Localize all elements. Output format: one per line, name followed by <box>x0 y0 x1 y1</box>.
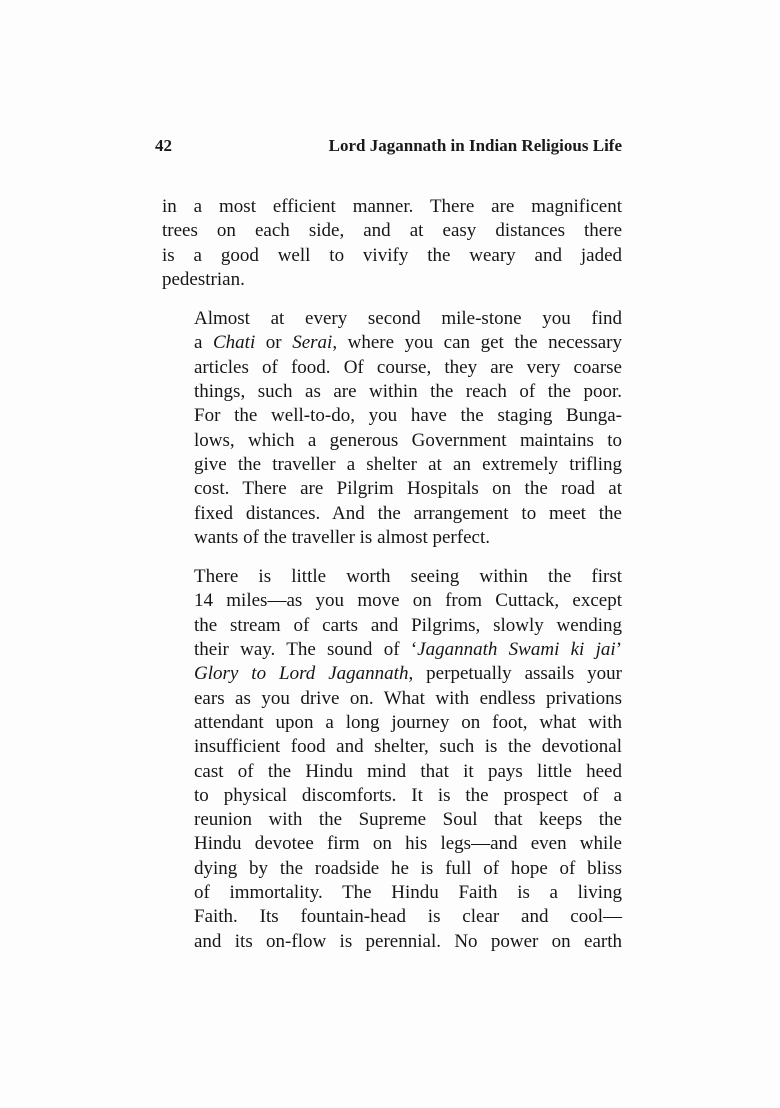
text-line: reunion with the Supreme Soul that keeps… <box>162 808 622 832</box>
text-line: of immortality. The Hindu Faith is a liv… <box>162 881 622 905</box>
text-line: fixed distances. And the arrangement to … <box>162 502 622 526</box>
text-line: cost. There are Pilgrim Hospitals on the… <box>162 477 622 501</box>
italic-term: Jagannath Swami ki jai <box>417 639 616 660</box>
paragraph: Almost at every second mile-stone you fi… <box>162 307 622 550</box>
page-header: 42 Lord Jagannath in Indian Religious Li… <box>155 136 622 160</box>
paragraph: in a most efficient manner. There are ma… <box>162 195 622 292</box>
text-line: Glory to Lord Jagannath, perpetually ass… <box>162 662 622 686</box>
text-line: in a most efficient manner. There are ma… <box>162 195 622 219</box>
text-line: attendant upon a long journey on foot, w… <box>162 711 622 735</box>
text-line: their way. The sound of ‘Jagannath Swami… <box>162 638 622 662</box>
text-line: the stream of carts and Pilgrims, slowly… <box>162 614 622 638</box>
text-line: insufficient food and shelter, such is t… <box>162 735 622 759</box>
text-line: For the well-to-do, you have the staging… <box>162 404 622 428</box>
italic-term: Glory to Lord Jagannath <box>194 663 408 684</box>
text-line: to physical discomforts. It is the prosp… <box>162 784 622 808</box>
text-line: pedestrian. <box>162 268 622 292</box>
text-line: things, such as are within the reach of … <box>162 380 622 404</box>
text-line: dying by the roadside he is full of hope… <box>162 857 622 881</box>
text-line: give the traveller a shelter at an extre… <box>162 453 622 477</box>
text-line: and its on-flow is perennial. No power o… <box>162 930 622 954</box>
paragraph: There is little worth seeing within the … <box>162 565 622 954</box>
text-line: articles of food. Of course, they are ve… <box>162 356 622 380</box>
text-line: a Chati or Serai, where you can get the … <box>162 331 622 355</box>
text-line: is a good well to vivify the weary and j… <box>162 244 622 268</box>
text-line: ears as you drive on. What with endless … <box>162 687 622 711</box>
text-line: trees on each side, and at easy distance… <box>162 219 622 243</box>
italic-term: Chati <box>213 332 255 353</box>
text-line: There is little worth seeing within the … <box>162 565 622 589</box>
text-line: Almost at every second mile-stone you fi… <box>162 307 622 331</box>
text-line: lows, which a generous Government mainta… <box>162 429 622 453</box>
book-page: 42 Lord Jagannath in Indian Religious Li… <box>0 0 780 1108</box>
page-number: 42 <box>155 136 172 156</box>
text-line: Hindu devotee firm on his legs—and even … <box>162 832 622 856</box>
text-line: 14 miles—as you move on from Cuttack, ex… <box>162 589 622 613</box>
text-line: cast of the Hindu mind that it pays litt… <box>162 760 622 784</box>
italic-term: Serai <box>292 332 332 353</box>
running-title: Lord Jagannath in Indian Religious Life <box>329 136 622 156</box>
text-line: Faith. Its fountain-head is clear and co… <box>162 905 622 929</box>
body-text: in a most efficient manner. There are ma… <box>162 195 622 954</box>
text-line: wants of the traveller is almost perfect… <box>162 526 622 550</box>
